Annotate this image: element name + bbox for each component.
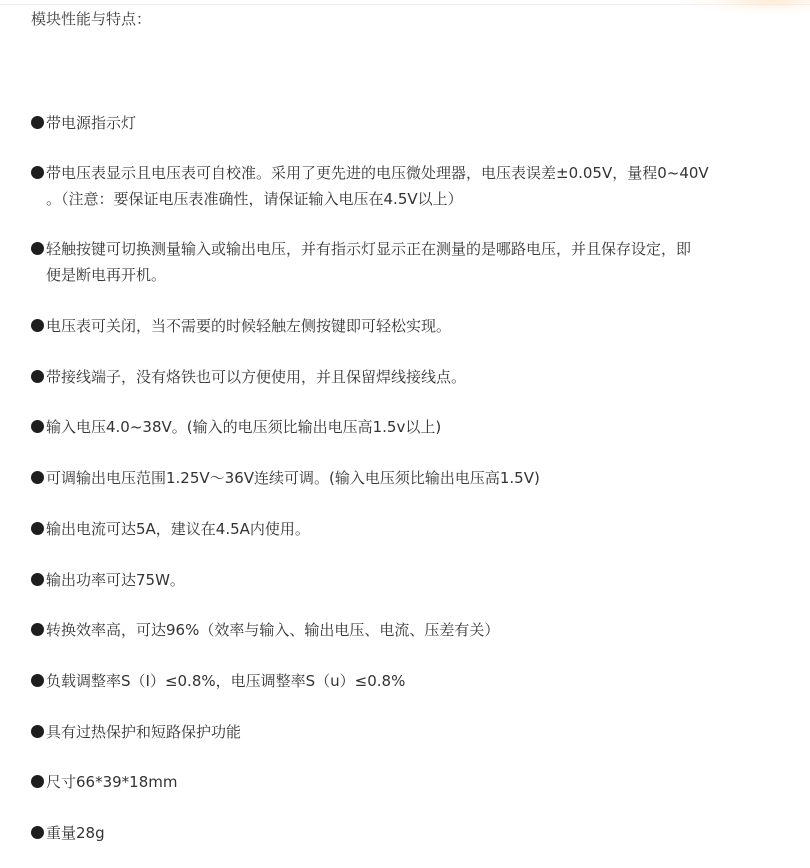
feature-text: 轻触按键可切换测量输入或输出电压，并有指示灯显示正在测量的是哪路电压，并且保存设… (46, 236, 781, 288)
feature-item-terminals: 带接线端子，没有烙铁也可以方便使用，并且保留焊线接线点。 (31, 364, 781, 390)
feature-text: 重量28g (46, 820, 781, 846)
feature-item-output-current: 输出电流可达5A，建议在4.5A内使用。 (31, 516, 781, 542)
bullet-icon (31, 775, 44, 788)
feature-text: 带接线端子，没有烙铁也可以方便使用，并且保留焊线接线点。 (46, 364, 781, 390)
feature-item-touch-key: 轻触按键可切换测量输入或输出电压，并有指示灯显示正在测量的是哪路电压，并且保存设… (31, 236, 781, 288)
bullet-icon (31, 166, 44, 179)
top-right-glow (680, 0, 810, 14)
feature-item-weight: 重量28g (31, 820, 781, 846)
bullet-icon (31, 522, 44, 535)
feature-item-output-range: 可调输出电压范围1.25V～36V连续可调。(输入电压须比输出电压高1.5V) (31, 465, 781, 491)
feature-text: 尺寸66*39*18mm (46, 769, 781, 795)
bullet-icon (31, 370, 44, 383)
bullet-icon (31, 826, 44, 839)
bullet-icon (31, 573, 44, 586)
feature-text: 电压表可关闭，当不需要的时候轻触左侧按键即可轻松实现。 (46, 313, 781, 339)
feature-item-voltmeter: 带电压表显示且电压表可自校准。采用了更先进的电压微处理器，电压表误差±0.05V… (31, 160, 781, 212)
feature-text: 带电源指示灯 (46, 110, 781, 136)
bullet-icon (31, 623, 44, 636)
bullet-icon (31, 242, 44, 255)
bullet-icon (31, 471, 44, 484)
feature-item-power-indicator: 带电源指示灯 (31, 110, 781, 136)
feature-item-input-voltage: 输入电压4.0~38V。(输入的电压须比输出电压高1.5v以上) (31, 414, 781, 440)
feature-text: 带电压表显示且电压表可自校准。采用了更先进的电压微处理器，电压表误差±0.05V… (46, 160, 781, 212)
feature-text: 可调输出电压范围1.25V～36V连续可调。(输入电压须比输出电压高1.5V) (46, 465, 781, 491)
feature-text: 具有过热保护和短路保护功能 (46, 719, 781, 745)
feature-text: 输出电流可达5A，建议在4.5A内使用。 (46, 516, 781, 542)
feature-item-efficiency: 转换效率高，可达96%（效率与输入、输出电压、电流、压差有关） (31, 617, 781, 643)
bullet-icon (31, 674, 44, 687)
feature-text: 转换效率高，可达96%（效率与输入、输出电压、电流、压差有关） (46, 617, 781, 643)
feature-text: 负载调整率S（I）≤0.8%，电压调整率S（u）≤0.8% (46, 668, 781, 694)
feature-item-protection: 具有过热保护和短路保护功能 (31, 719, 781, 745)
feature-text: 输入电压4.0~38V。(输入的电压须比输出电压高1.5v以上) (46, 414, 781, 440)
bullet-icon (31, 725, 44, 738)
bullet-icon (31, 420, 44, 433)
feature-item-regulation: 负载调整率S（I）≤0.8%，电压调整率S（u）≤0.8% (31, 668, 781, 694)
section-title: 模块性能与特点： (31, 9, 151, 29)
bullet-icon (31, 116, 44, 129)
feature-item-voltmeter-off: 电压表可关闭，当不需要的时候轻触左侧按键即可轻松实现。 (31, 313, 781, 339)
feature-text: 输出功率可达75W。 (46, 567, 781, 593)
feature-item-output-power: 输出功率可达75W。 (31, 567, 781, 593)
bullet-icon (31, 319, 44, 332)
feature-item-dimensions: 尺寸66*39*18mm (31, 769, 781, 795)
